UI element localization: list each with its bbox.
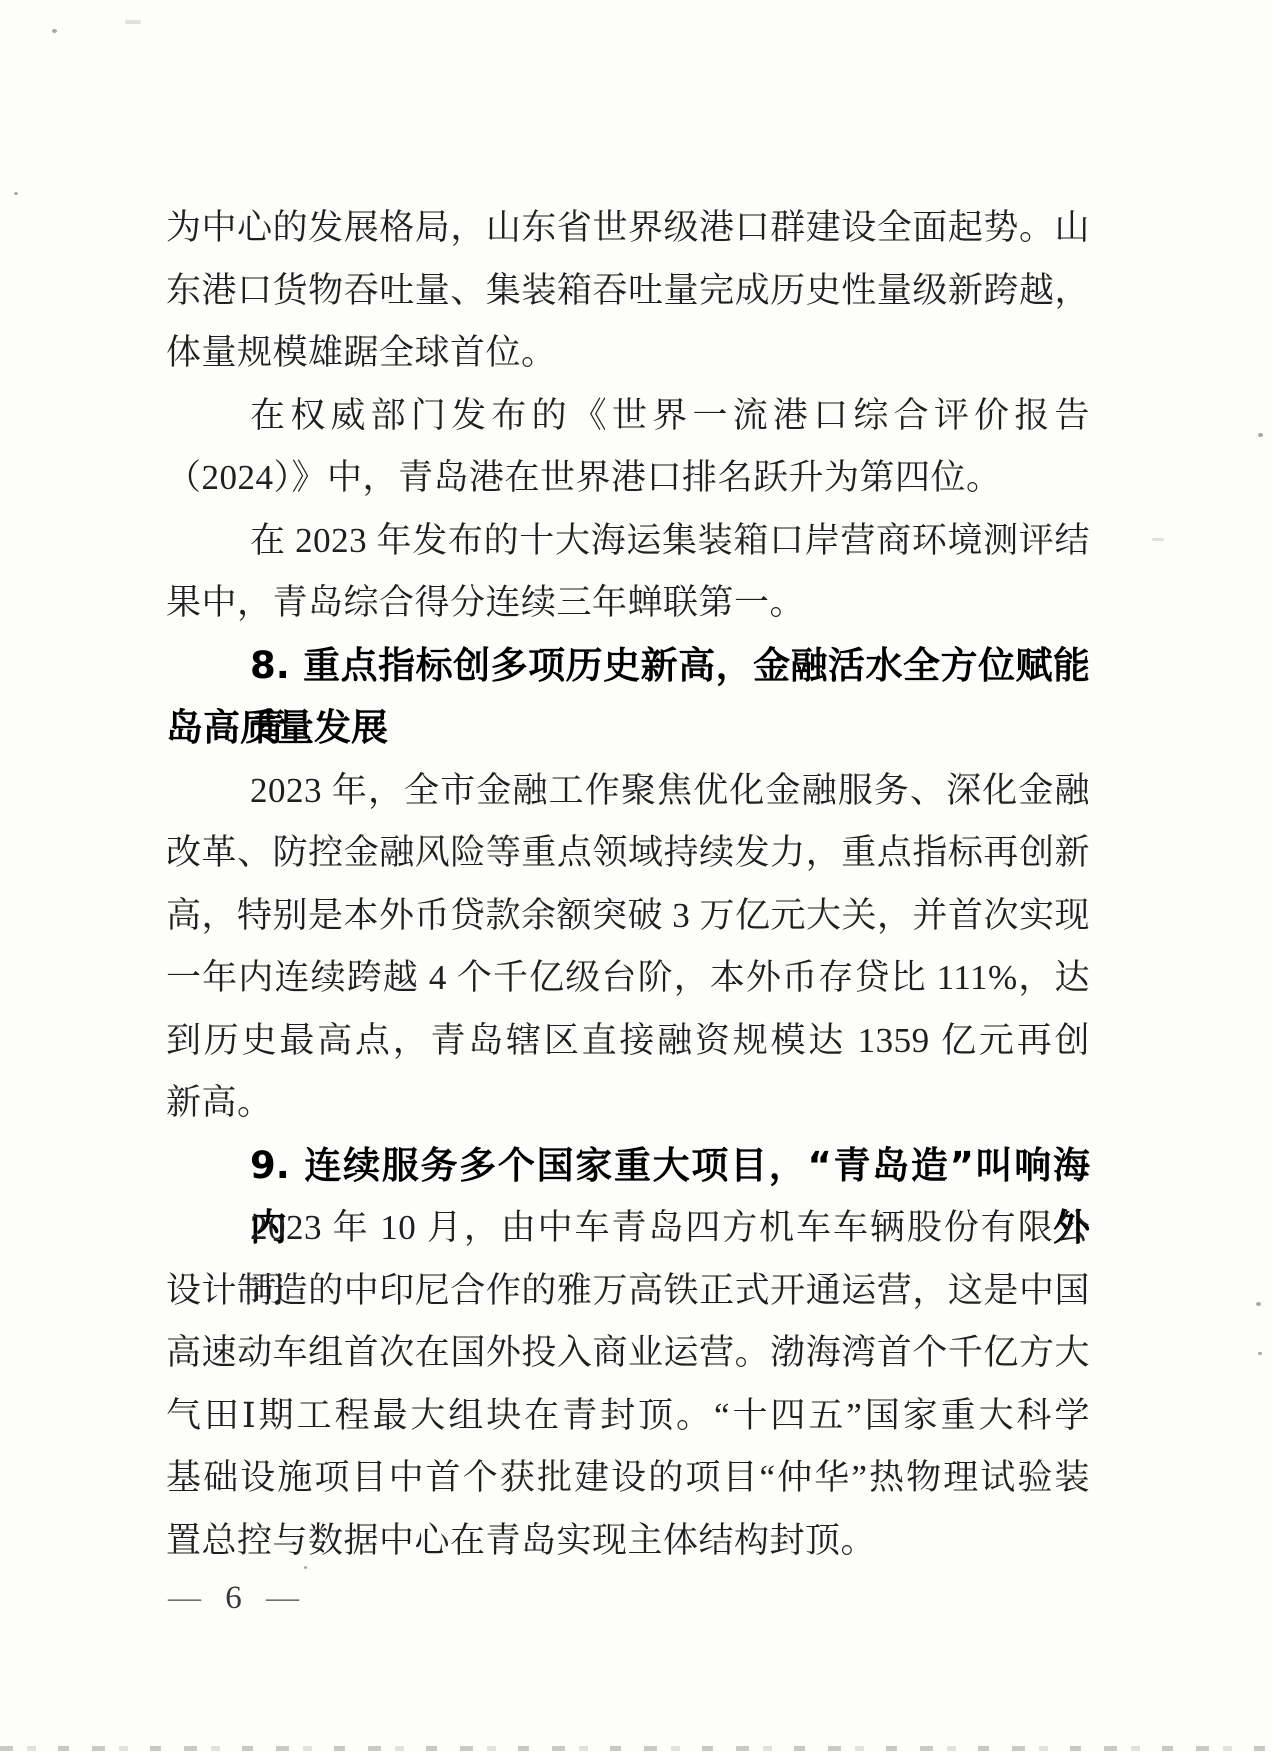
- page-number-left-dash: —: [168, 1580, 209, 1616]
- page-number-right-dash: —: [266, 1580, 307, 1616]
- text-line: 果中，青岛综合得分连续三年蝉联第一。: [166, 572, 1090, 635]
- text-line: 设计制造的中印尼合作的雅万高铁正式开通运营，这是中国: [166, 1260, 1090, 1323]
- text-line: 置总控与数据中心在青岛实现主体结构封顶。: [166, 1510, 1090, 1573]
- text-line: 8. 重点指标创多项历史新高，金融活水全方位赋能青: [166, 635, 1090, 698]
- text-line: 2023 年 10 月，由中车青岛四方机车车辆股份有限公司: [166, 1197, 1090, 1260]
- text-line: 高速动车组首次在国外投入商业运营。渤海湾首个千亿方大: [166, 1322, 1090, 1385]
- text-line: 气田Ⅰ期工程最大组块在青封顶。“十四五”国家重大科学: [166, 1385, 1090, 1448]
- scan-smudge: [1152, 538, 1164, 541]
- text-line: 在 2023 年发布的十大海运集装箱口岸营商环境测评结: [166, 510, 1090, 573]
- text-line: 基础设施项目中首个获批建设的项目“仲华”热物理试验装: [166, 1447, 1090, 1510]
- text-line: 到历史最高点，青岛辖区直接融资规模达 1359 亿元再创: [166, 1010, 1090, 1073]
- text-line: 2023 年，全市金融工作聚焦优化金融服务、深化金融: [166, 760, 1090, 823]
- text-line: 岛高质量发展: [166, 697, 1090, 760]
- scan-speck: [304, 1566, 307, 1569]
- text-line: 为中心的发展格局，山东省世界级港口群建设全面起势。山: [166, 197, 1090, 260]
- scan-edge-noise: [0, 1746, 1273, 1751]
- text-line: （2024）》中，青岛港在世界港口排名跃升为第四位。: [166, 447, 1090, 510]
- text-line: 东港口货物吞吐量、集装箱吞吐量完成历史性量级新跨越，: [166, 260, 1090, 323]
- scan-speck: [1258, 1352, 1262, 1355]
- text-line: 9. 连续服务多个国家重大项目，“青岛造”叫响海内外: [166, 1135, 1090, 1198]
- page-number: — 6 —: [168, 1567, 307, 1629]
- text-line: 改革、防控金融风险等重点领域持续发力，重点指标再创新: [166, 822, 1090, 885]
- text-line: 一年内连续跨越 4 个千亿级台阶，本外币存贷比 111%，达: [166, 947, 1090, 1010]
- document-page: 为中心的发展格局，山东省世界级港口群建设全面起势。山 东港口货物吞吐量、集装箱吞…: [0, 0, 1273, 1753]
- page-number-value: 6: [225, 1580, 250, 1616]
- scan-smudge: [125, 20, 141, 24]
- scan-speck: [1256, 1302, 1261, 1306]
- scan-speck: [1258, 433, 1263, 437]
- text-block: 为中心的发展格局，山东省世界级港口群建设全面起势。山 东港口货物吞吐量、集装箱吞…: [166, 197, 1090, 1572]
- text-line: 体量规模雄踞全球首位。: [166, 322, 1090, 385]
- scan-speck: [14, 192, 18, 195]
- scan-speck: [52, 29, 57, 33]
- text-line: 新高。: [166, 1072, 1090, 1135]
- text-line: 高，特别是本外币贷款余额突破 3 万亿元大关，并首次实现: [166, 885, 1090, 948]
- text-line: 在权威部门发布的《世界一流港口综合评价报告: [166, 385, 1090, 448]
